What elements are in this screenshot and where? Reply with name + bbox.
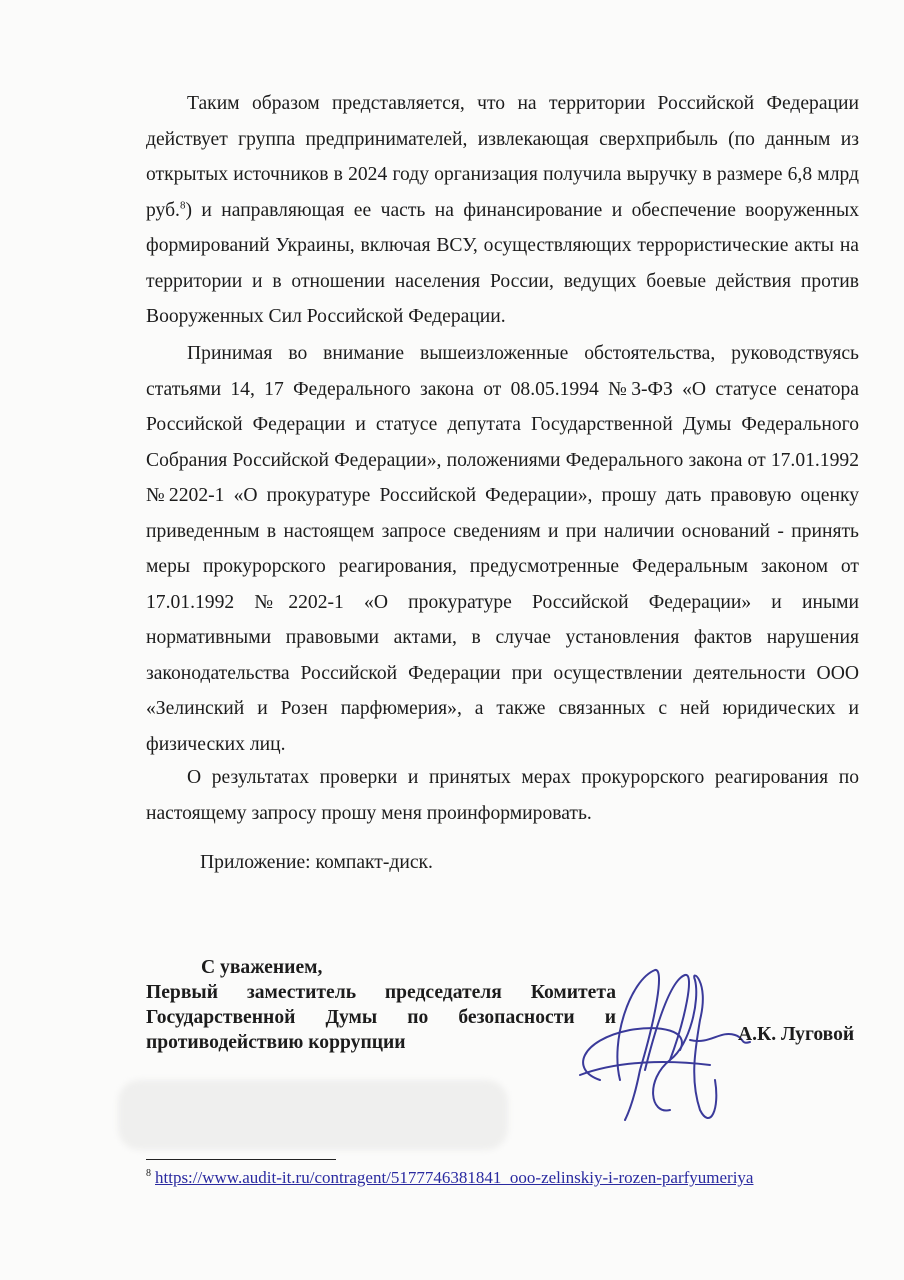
signer-name: А.К. Луговой	[738, 1024, 854, 1046]
footnote-number: 8	[146, 1168, 151, 1179]
document-page: Таким образом представляется, что на тер…	[0, 0, 904, 1280]
handwritten-signature-icon	[560, 960, 760, 1130]
attachment-note: Приложение: компакт-диск.	[200, 852, 433, 874]
redacted-area	[118, 1080, 508, 1150]
signer-title-line: Государственной Думы по безопасности и	[146, 1005, 616, 1030]
footnote-link[interactable]: https://www.audit-it.ru/contragent/51777…	[155, 1168, 753, 1187]
footnote: 8https://www.audit-it.ru/contragent/5177…	[146, 1168, 753, 1188]
paragraph-conclusion: Таким образом представляется, что на тер…	[146, 86, 859, 335]
paragraph-request: Принимая во внимание вышеизложенные обст…	[146, 336, 859, 762]
greeting: С уважением,	[146, 955, 616, 980]
footnote-divider	[146, 1159, 336, 1160]
signature-block: С уважением, Первый заместитель председа…	[146, 955, 616, 1055]
paragraph-text: ) и направляющая ее часть на финансирова…	[146, 200, 859, 328]
signer-title-line: Первый заместитель председателя Комитета	[146, 980, 616, 1005]
signer-title-line: противодействию коррупции	[146, 1030, 616, 1055]
paragraph-inform: О результатах проверки и принятых мерах …	[146, 760, 859, 831]
